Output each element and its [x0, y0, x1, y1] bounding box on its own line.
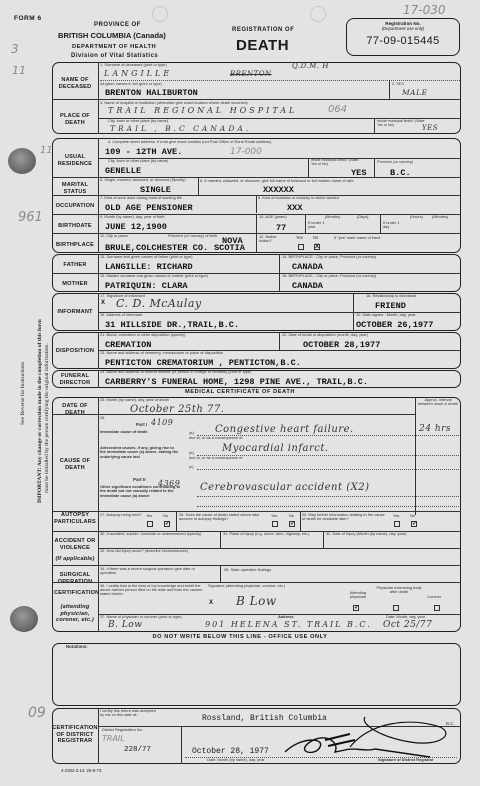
margin-note: 961	[18, 210, 43, 225]
death-date-label: 25. Month (by name), day, year of death	[100, 398, 169, 402]
father-birthplace-label: 14. BIRTHPLACE - City or place, Province…	[282, 255, 376, 259]
label-district-registrar: CERTIFICATION OF DISTRICT REGISTRAR	[52, 725, 98, 745]
surname-annotation: Q.D.M. H	[292, 62, 329, 70]
label-birthdate: BIRTHDATE	[52, 223, 98, 230]
funeral-director-value[interactable]: CARBERRY'S FUNERAL HOME, 1298 PINE AVE.,…	[105, 377, 368, 387]
label-marital-status: MARITAL STATUS	[52, 182, 98, 195]
given-names-value[interactable]: BRENTON HALIBURTON	[105, 88, 198, 98]
margin-note: 11	[12, 64, 26, 77]
mother-name-value[interactable]: PATRIQUIN: CLARA	[105, 281, 188, 291]
registrar-certify-label: I certify this return was accepted by me…	[100, 709, 160, 717]
due-to-label-2: due to, or as a consequence of	[189, 456, 242, 460]
immediate-cause-label: Immediate cause of death	[100, 430, 148, 434]
sex-label: 2. SEX	[392, 82, 404, 86]
q29-yes-label: Yes	[393, 514, 399, 518]
marital-status-value[interactable]: SINGLE	[140, 185, 171, 195]
label-accident: ACCIDENT OR VIOLENCE	[54, 538, 96, 551]
q28-no-checkbox[interactable]: ✓	[289, 521, 295, 527]
label-birthplace: BIRTHPLACE	[52, 242, 98, 249]
margin-note: 3	[11, 42, 19, 56]
q27-no-label: No	[163, 514, 168, 518]
residence-address-value[interactable]: 109 - 12TH AVE.	[105, 147, 182, 157]
place-city-label: City, town or other place (by name)	[108, 119, 168, 123]
birthplace-city-label: 11. City or place	[100, 234, 128, 238]
hospital-label: 3. Name of hospital or institution (othe…	[100, 101, 248, 105]
given-names-label: All given names in full (print or type)	[100, 82, 162, 86]
coroner-label: Coroner	[427, 595, 441, 599]
notations-box	[52, 643, 461, 706]
important-note-line1: IMPORTANT: Any change or correction made…	[37, 319, 43, 503]
label-disposition: DISPOSITION	[52, 348, 98, 355]
label-autopsy: AUTOPSY PARTICULARS	[52, 512, 98, 525]
informant-signature-x: X	[101, 300, 105, 306]
father-name-label: 13. Surname and given names of father (p…	[100, 255, 193, 259]
informant-address-label: 19. Address of informant	[100, 313, 142, 317]
physician-name-label: 37. Name of physician or coroner (print …	[100, 615, 182, 619]
form-title: DEATH	[236, 37, 289, 54]
registration-of: REGISTRATION OF	[232, 27, 294, 33]
district-no-label: District Registration No.	[102, 728, 143, 732]
age-value[interactable]: 77	[276, 223, 286, 233]
disposition-place-label: 23. Name and address of cemetery, cremat…	[100, 351, 223, 355]
cause-a-value[interactable]: Congestive heart failure.	[215, 424, 354, 435]
cause-a-interval[interactable]: 24 hrs	[419, 424, 451, 434]
physician-date-value[interactable]: Oct 25/77	[383, 620, 432, 630]
accident-q33: 33. How did injury occur? (describe circ…	[100, 549, 188, 553]
punch-hole-faint	[152, 6, 168, 22]
date-signed-label: 20. Date signed - Month, day, year.	[356, 313, 416, 317]
surgical-q35: 35. State operative findings	[224, 568, 271, 572]
punch-hole-top	[8, 148, 36, 174]
form-number: FORM 6	[14, 15, 42, 22]
q28-no-label: No	[289, 514, 294, 518]
medical-certificate-title: MEDICAL CERTIFICATE OF DEATH	[0, 389, 480, 395]
cause-b-value[interactable]: Myocardial infarct.	[222, 443, 329, 454]
reg-no-value: 77-09-015445	[347, 35, 459, 47]
autopsy-q28: 28. Does the cause of death stated above…	[179, 513, 264, 521]
surname-value[interactable]: LANGILLE	[104, 69, 172, 78]
important-note-line2: must be initialled by the person certify…	[44, 343, 50, 493]
spouse-label: 6. If married, widowed, or divorced, giv…	[200, 179, 354, 183]
native-yes-checkbox[interactable]	[298, 244, 304, 250]
accident-q32: 32. Date of injury (Month (by name), day…	[326, 532, 406, 536]
label-informant: INFORMANT	[52, 309, 98, 316]
department: DEPARTMENT OF HEALTH	[72, 44, 156, 50]
native-yes-label: Yes	[296, 236, 303, 240]
label-certification: CERTIFICATION	[54, 590, 96, 597]
province-name: BRITISH COLUMBIA (Canada)	[58, 31, 166, 40]
marital-status-label: 5. Single, married, widowed, or divorced…	[100, 178, 195, 182]
hospital-code: 064	[328, 104, 347, 115]
label-cause-of-death: CAUSE OF DEATH	[52, 458, 98, 471]
minutes-label: (Minutes)	[432, 215, 448, 219]
mother-birthplace-value[interactable]: CANADA	[292, 281, 323, 291]
label-father: FATHER	[52, 262, 98, 269]
district-no-value[interactable]: 228/77	[124, 746, 151, 754]
q27-yes-checkbox[interactable]	[147, 521, 153, 527]
pencil-note-top-right: 17-030	[403, 3, 446, 17]
accident-q30: 30. If accident, suicide, homicide or un…	[100, 532, 210, 536]
place-municipal-value[interactable]: YES	[422, 124, 438, 132]
district-pencil: TRAIL	[102, 734, 125, 743]
label-surgical: SURGICAL OPERATION	[52, 572, 98, 585]
margin-note: 11	[40, 145, 53, 156]
label-funeral-director: FUNERAL DIRECTOR	[52, 373, 98, 386]
birthplace-city-value[interactable]: BRULE,COLCHESTER CO.	[105, 243, 208, 253]
mother-name-label: 15. Maiden surname and given names of mo…	[100, 274, 208, 278]
physician-address-value[interactable]: 901 HELENA ST. TRAIL B.C.	[205, 620, 372, 629]
physician-date-label: Date: Month, day, year	[386, 615, 425, 619]
registrar-date-value[interactable]: October 28, 1977	[192, 747, 269, 756]
physician-signature-x: X	[209, 600, 213, 606]
surname-struck: BRENTON	[230, 70, 272, 78]
place-city-value[interactable]: TRAIL , B.C CANADA.	[110, 124, 251, 133]
registration-number-box: Registration No. (Department use only) 7…	[346, 18, 460, 56]
informant-signature[interactable]: C. D. McAulay	[116, 297, 202, 310]
q29-no-label: No	[410, 514, 415, 518]
other-conditions-label: Other significant conditions contributin…	[100, 485, 182, 498]
part1-code: 4109	[151, 418, 173, 427]
part2-label: Part II	[133, 478, 146, 482]
age-label: 10. AGE (years)	[259, 215, 287, 219]
place-municipal-label: Inside municipal limits? (State Yes or N…	[377, 120, 427, 128]
days-label: (Days)	[357, 215, 368, 219]
residence-municipal-label: Inside municipal limits? (State Yes or N…	[311, 159, 359, 167]
part2-value[interactable]: Cerebrovascular accident (X2)	[200, 482, 369, 493]
months-label: (Months)	[325, 215, 340, 219]
sex-value[interactable]: MALE	[402, 88, 428, 97]
q29-no-checkbox[interactable]: ✓	[411, 521, 417, 527]
relationship-value[interactable]: FRIEND	[375, 301, 406, 311]
certify-statement: 36. I certify that to the best of my kno…	[100, 584, 205, 596]
notations-label: Notations:	[66, 645, 88, 649]
relationship-label: 18. Relationship to deceased	[366, 294, 416, 298]
native-no-label: No	[313, 236, 318, 240]
province-of: PROVINCE OF	[94, 22, 141, 28]
q27-yes-label: Yes	[146, 514, 152, 518]
father-birthplace-value[interactable]: CANADA	[292, 262, 323, 272]
antecedent-label: Antecedent causes, if any, giving rise t…	[100, 446, 180, 459]
funeral-director-label: 24. Name and address of funeral director…	[100, 370, 251, 374]
death-registration-form: FORM 6 PROVINCE OF BRITISH COLUMBIA (Can…	[0, 0, 480, 786]
accident-q31: 31. Place of injury (e.g. home, farm, hi…	[223, 532, 318, 536]
punch-hole-faint	[310, 6, 326, 22]
informant-address-value[interactable]: 31 HILLSIDE DR.,TRAIL,B.C.	[105, 320, 239, 330]
label-certification-sub: (attending physician, coroner, etc.)	[52, 604, 98, 624]
mother-birthplace-label: 16. BIRTHPLACE - City or place, Province…	[282, 274, 376, 278]
native-no-checkbox[interactable]: X	[314, 244, 320, 250]
cause-c-label: (c)	[189, 465, 194, 469]
margin-note: 09	[28, 705, 46, 721]
surname-label: 1. Surname of deceased (print or type)	[100, 63, 167, 67]
residence-city-value[interactable]: GENELLE	[105, 166, 141, 176]
occupation-industry-label: 8. Kind of business or industry in which…	[258, 196, 339, 200]
residence-province-label: Province (or country)	[377, 160, 413, 164]
interval-label: Approx. interval between onset & death	[418, 398, 458, 406]
part1-label: Part I	[136, 423, 147, 427]
label-occupation: OCCUPATION	[52, 203, 98, 210]
attending-label: Attending physician	[343, 591, 373, 600]
physician-signature-label: Signature (attending physician, coroner,…	[208, 584, 285, 588]
label-usual-residence: USUAL RESIDENCE	[52, 154, 98, 167]
date-signed-value[interactable]: OCTOBER 26,1977	[356, 320, 433, 330]
disposition-date-label: 22. Date of burial or disposition (month…	[282, 333, 368, 337]
native-indian-label: 12. Native Indian?	[259, 235, 281, 243]
label-mother: MOTHER	[52, 281, 98, 288]
item-26: 26.	[100, 416, 105, 420]
hours-label: (Hours)	[410, 215, 423, 219]
q28-yes-checkbox[interactable]	[272, 521, 278, 527]
occupation-work-value[interactable]: OLD AGE PENSIONER	[105, 203, 193, 213]
coroner-checkbox[interactable]	[434, 605, 440, 611]
disposition-method-value[interactable]: CREMATION	[105, 340, 151, 350]
reg-no-sub: (Department use only)	[347, 26, 459, 31]
dob-label: 9. Month (by name), day, year of birth	[100, 215, 165, 219]
label-place-of-death: PLACE OF DEATH	[52, 113, 98, 126]
division: Division of Vital Statistics	[71, 53, 158, 59]
q29-yes-checkbox[interactable]	[394, 521, 400, 527]
q27-no-checkbox[interactable]: ✓	[164, 521, 170, 527]
under-day-label: If under 1 day	[383, 221, 401, 229]
disposition-date-value[interactable]: OCTOBER 28,1977	[303, 340, 380, 350]
band-label: If "yes" state name of band	[334, 236, 380, 240]
surgical-q34: 34. If there was a recent surgical opera…	[100, 567, 210, 575]
physician-address-label: Address	[278, 615, 294, 619]
form-code: 4-2302-3.14: 26-9-73	[61, 768, 101, 773]
residence-code: 17-000	[230, 147, 262, 157]
examining-checkbox[interactable]	[393, 605, 399, 611]
office-use-banner: DO NOT WRITE BELOW THIS LINE - OFFICE US…	[0, 634, 480, 640]
birthplace-province-label: Province (or country) of birth	[168, 234, 217, 238]
attending-checkbox[interactable]: ✓	[353, 605, 359, 611]
label-name-of-deceased: NAME OF DECEASED	[52, 77, 98, 90]
punch-hole-bottom	[10, 606, 38, 632]
label-accident-sub: (If applicable)	[52, 556, 98, 563]
under-year-label: If under 1 year	[308, 221, 326, 229]
registrar-date-label: Date: Month (by name), day, year	[207, 758, 265, 762]
examining-label: Physician examining body after death	[376, 586, 422, 595]
occupation-industry-value[interactable]: XXX	[287, 203, 302, 213]
dob-value[interactable]: JUNE 12,1900	[105, 222, 167, 232]
q28-yes-label: Yes	[271, 514, 277, 518]
disposition-method-label: 21. Burial, cremation or other dispositi…	[100, 333, 185, 337]
autopsy-q27: 27. Autopsy being held?	[100, 513, 142, 517]
registrar-signature	[280, 712, 460, 762]
spouse-value[interactable]: XXXXXX	[263, 185, 294, 195]
autopsy-q29: 29. May further information relating to …	[302, 513, 387, 521]
father-name-value[interactable]: LANGILLE: RICHARD	[105, 262, 193, 272]
occupation-work-label: 7. Kind of work done during most of work…	[100, 196, 182, 200]
physician-signature[interactable]: B Low	[236, 594, 277, 608]
birthplace-province-value[interactable]: SCOTIA	[214, 243, 245, 253]
residence-address-label: 4. Complete street address: If rural giv…	[108, 140, 271, 144]
residence-city-label: City, town or other place (by name)	[108, 159, 168, 163]
disposition-place-value[interactable]: PENTICTON CREMATORIUM , PENTICTON,B.C.	[105, 358, 301, 368]
due-to-label-1: due to, or as a consequence of	[189, 436, 242, 440]
hospital-value[interactable]: TRAIL REGIONAL HOSPITAL	[108, 106, 297, 115]
physician-name-value[interactable]: B. Low	[108, 620, 142, 630]
